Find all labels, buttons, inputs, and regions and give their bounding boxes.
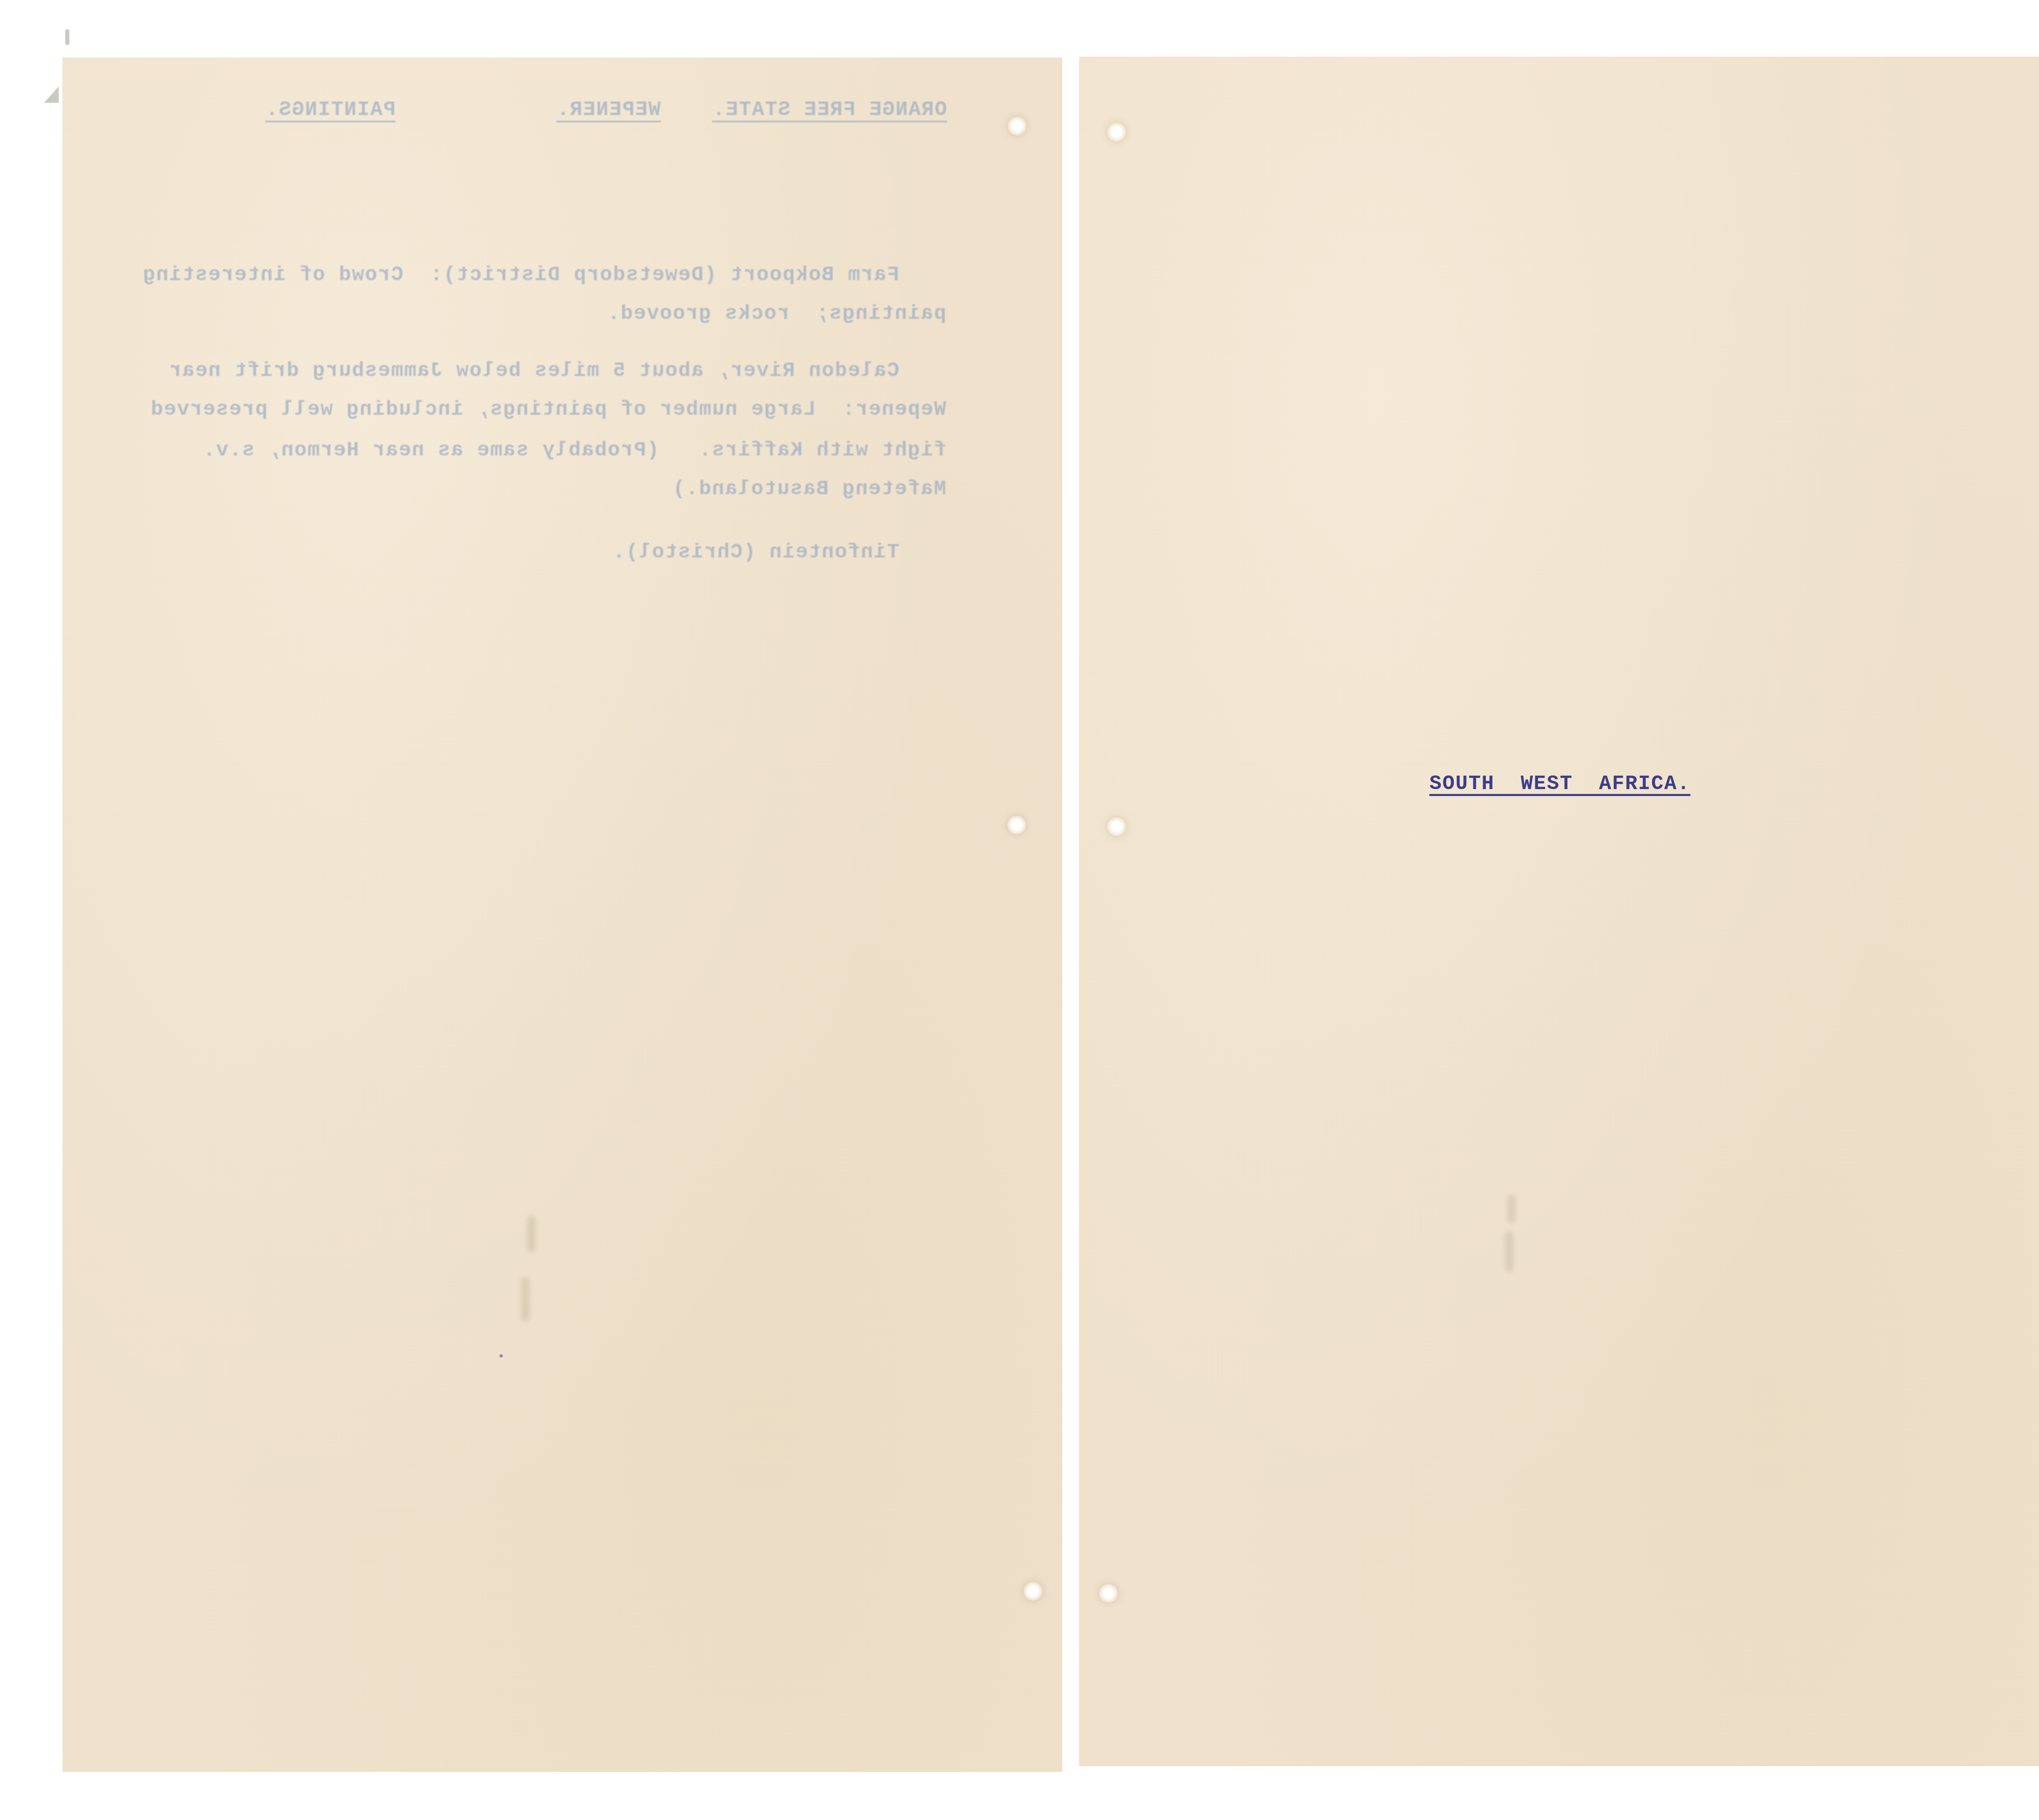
punch-hole xyxy=(1007,816,1026,834)
paper-scrap xyxy=(44,86,59,103)
mirrored-text-line: Wepener: Large number of paintings, incl… xyxy=(150,398,946,421)
punch-hole xyxy=(1107,123,1126,142)
left-page: PAINTINGS. WEPENER. ORANGE FREE STATE. F… xyxy=(62,57,1062,1772)
mirrored-text-line: Caledon River, about 5 miles below Jamme… xyxy=(168,359,899,383)
mirrored-text-line: Mafeteng Basutoland.) xyxy=(672,478,946,501)
stain xyxy=(521,1277,529,1322)
mirrored-text-line: Farm Bokpoort (Dewetsdorp District): Cro… xyxy=(142,263,899,287)
mirrored-text-line: Tinfontein (Christol). xyxy=(612,541,899,564)
mirrored-text-line: paintings; rocks grooved. xyxy=(607,302,946,325)
punch-hole xyxy=(1024,1582,1042,1601)
punch-hole xyxy=(1008,117,1026,135)
ink-speck xyxy=(500,1354,503,1358)
right-page: SOUTH WEST AFRICA. xyxy=(1079,57,2039,1766)
mirrored-text-line: fight with Kaffirs. (Probably same as ne… xyxy=(202,439,946,462)
mirrored-heading-wepener: WEPENER. xyxy=(556,98,661,122)
stain xyxy=(1507,1194,1515,1223)
mirrored-heading-orange-free-state: ORANGE FREE STATE. xyxy=(712,98,947,122)
stain xyxy=(1505,1231,1513,1272)
punch-hole xyxy=(1107,817,1126,836)
paper-scrap xyxy=(65,29,69,45)
punch-hole xyxy=(1099,1584,1118,1603)
page-title: SOUTH WEST AFRICA. xyxy=(1429,772,1690,796)
stain xyxy=(527,1216,535,1252)
mirrored-heading-paintings: PAINTINGS. xyxy=(265,98,396,122)
